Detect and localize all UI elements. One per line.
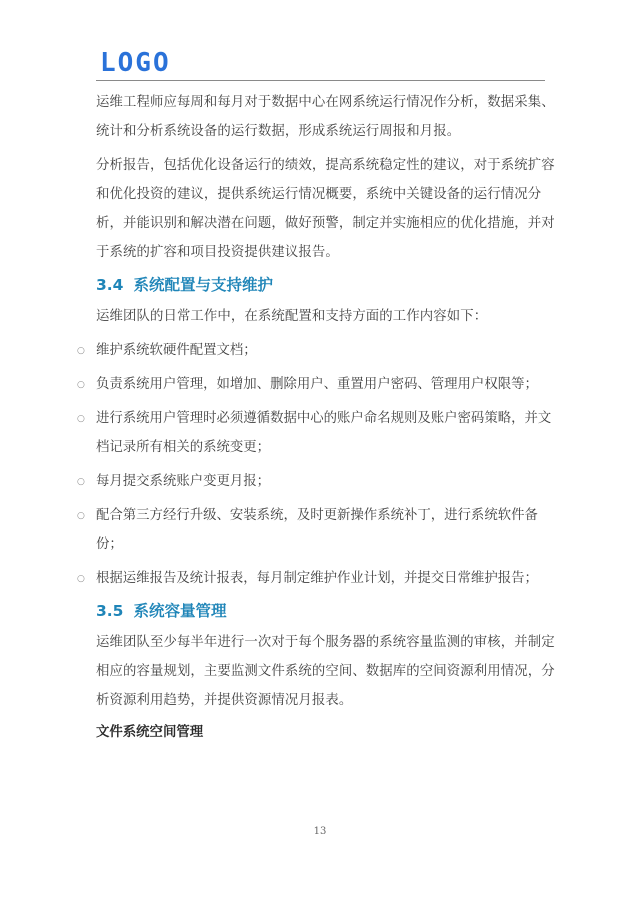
- list-item-text: 每月提交系统账户变更月报；: [96, 474, 270, 489]
- list-item: ○根据运维报告及统计报表，每月制定维护作业计划，并提交日常维护报告；: [96, 564, 556, 593]
- list-item: ○每月提交系统账户变更月报；: [96, 467, 556, 496]
- subheading: 文件系统空间管理: [96, 720, 556, 746]
- section-number: 3.5: [96, 602, 123, 620]
- page-number: 13: [0, 826, 640, 837]
- circle-bullet-icon: ○: [77, 370, 85, 401]
- circle-bullet-icon: ○: [77, 336, 85, 367]
- circle-bullet-icon: ○: [77, 404, 85, 435]
- header-divider: [96, 80, 545, 81]
- logo: LOGO: [100, 48, 171, 78]
- circle-bullet-icon: ○: [77, 564, 85, 595]
- task-list: ○维护系统软硬件配置文档； ○负责系统用户管理，如增加、删除用户、重置用户密码、…: [96, 336, 556, 593]
- intro-paragraph-1: 运维工程师应每周和每月对于数据中心在网系统运行情况作分析，数据采集、统计和分析系…: [96, 88, 556, 146]
- intro-paragraph-2: 分析报告，包括优化设备运行的绩效，提高系统稳定性的建议，对于系统扩容和优化投资的…: [96, 151, 556, 267]
- list-item-text: 配合第三方经行升级、安装系统，及时更新操作系统补丁，进行系统软件备份；: [96, 508, 538, 552]
- section-heading-3-5: 3.5系统容量管理: [96, 598, 556, 624]
- section-paragraph: 运维团队至少每半年进行一次对于每个服务器的系统容量监测的审核，并制定相应的容量规…: [96, 628, 556, 715]
- circle-bullet-icon: ○: [77, 467, 85, 498]
- list-item: ○配合第三方经行升级、安装系统，及时更新操作系统补丁，进行系统软件备份；: [96, 501, 556, 559]
- section-lead: 运维团队的日常工作中，在系统配置和支持方面的工作内容如下：: [96, 302, 556, 331]
- list-item-text: 进行系统用户管理时必须遵循数据中心的账户命名规则及账户密码策略，并文档记录所有相…: [96, 411, 551, 455]
- section-title: 系统配置与支持维护: [133, 276, 273, 294]
- document-body: 运维工程师应每周和每月对于数据中心在网系统运行情况作分析，数据采集、统计和分析系…: [96, 88, 556, 746]
- section-heading-3-4: 3.4系统配置与支持维护: [96, 272, 556, 298]
- list-item-text: 根据运维报告及统计报表，每月制定维护作业计划，并提交日常维护报告；: [96, 571, 538, 586]
- list-item-text: 维护系统软硬件配置文档；: [96, 343, 257, 358]
- section-title: 系统容量管理: [133, 602, 226, 620]
- list-item: ○负责系统用户管理，如增加、删除用户、重置用户密码、管理用户权限等；: [96, 370, 556, 399]
- section-number: 3.4: [96, 276, 123, 294]
- list-item: ○维护系统软硬件配置文档；: [96, 336, 556, 365]
- circle-bullet-icon: ○: [77, 501, 85, 532]
- list-item-text: 负责系统用户管理，如增加、删除用户、重置用户密码、管理用户权限等；: [96, 377, 538, 392]
- list-item: ○进行系统用户管理时必须遵循数据中心的账户命名规则及账户密码策略，并文档记录所有…: [96, 404, 556, 462]
